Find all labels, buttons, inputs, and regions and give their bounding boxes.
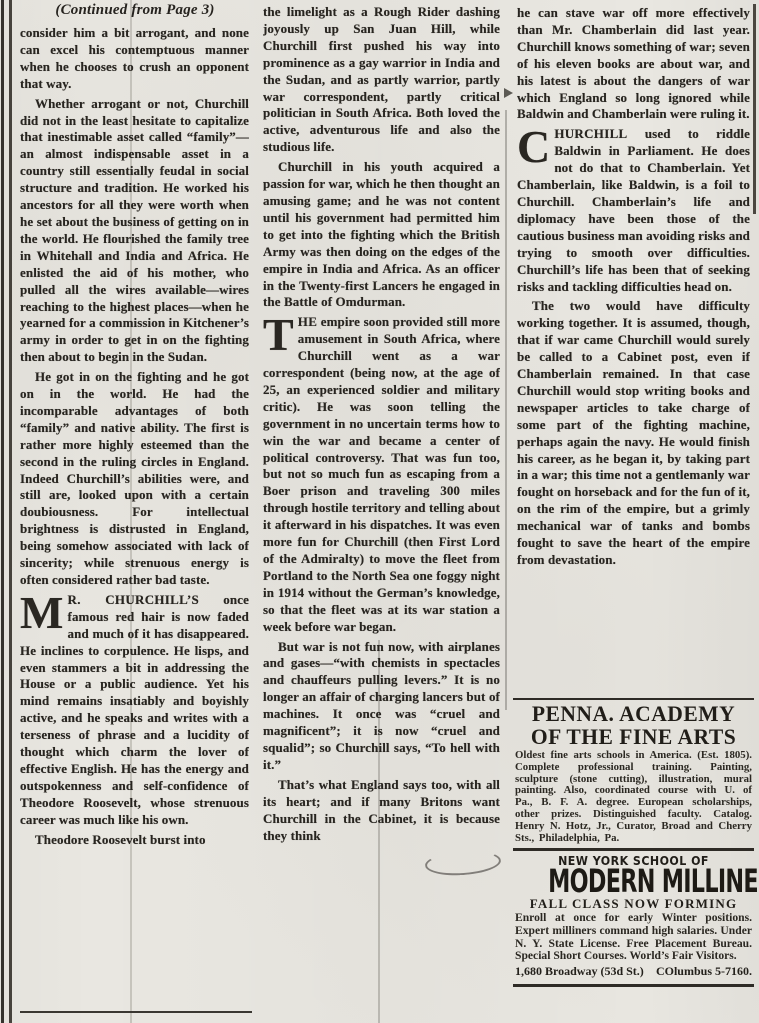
article-paragraph: He got in on the fighting and he got on … — [20, 369, 249, 589]
ad-display-title: MODERN MILLINERY — [548, 868, 719, 898]
article-column-2: the limelight as a Rough Rider dashing j… — [263, 4, 500, 1020]
article-column-1: consider him a bit arrogant, and none ca… — [20, 25, 249, 1010]
article-paragraph: CHURCHILL used to riddle Baldwin in Parl… — [517, 126, 750, 295]
continued-from-note: (Continued from Page 3) — [20, 2, 250, 19]
article-paragraph: The two would have difficulty working to… — [517, 298, 750, 569]
drop-cap: C — [517, 126, 554, 164]
print-artifact-arrow — [504, 88, 513, 98]
newspaper-page: (Continued from Page 3) consider him a b… — [0, 0, 759, 1023]
article-paragraph: he can stave war off more effectively th… — [517, 5, 750, 123]
ad-penna-academy: PENNA. ACADEMY OF THE FINE ARTS Oldest f… — [513, 700, 754, 848]
article-paragraph: Theodore Roosevelt burst into — [20, 832, 249, 849]
ad-title-line: PENNA. ACADEMY — [517, 702, 749, 725]
article-paragraph: THE empire soon provided still more amus… — [263, 314, 500, 635]
ad-body-text: Oldest fine arts schools in America. (Es… — [515, 750, 752, 844]
article-paragraph: But war is not fun now, with airplanes a… — [263, 639, 500, 774]
page-border-rule-inner — [9, 0, 12, 1023]
article-paragraph: consider him a bit arrogant, and none ca… — [20, 25, 249, 93]
paragraph-lead-caps: HURCHILL — [554, 126, 627, 141]
ad-title-line: OF THE FINE ARTS — [517, 725, 749, 748]
ad-address-line: 1,680 Broadway (53d St.) COlumbus 5-7160… — [515, 964, 752, 979]
drop-cap: M — [20, 592, 68, 630]
page-border-rule-outer — [1, 0, 4, 1023]
column-divider-rule — [505, 110, 507, 710]
ad-body-text: Enroll at once for early Winter position… — [515, 912, 752, 962]
page-border-rule-right — [753, 4, 756, 214]
ad-phone-number: COlumbus 5-7160. — [656, 964, 752, 979]
ad-street-address: 1,680 Broadway (53d St.) — [515, 964, 644, 979]
paragraph-lead-caps: R. CHURCHILL’S — [68, 592, 200, 607]
article-column-3: he can stave war off more effectively th… — [517, 5, 750, 695]
ad-bottom-rule — [513, 984, 754, 987]
article-paragraph: Churchill in his youth acquired a passio… — [263, 159, 500, 311]
drop-cap: T — [263, 314, 298, 352]
advertisement-stack: PENNA. ACADEMY OF THE FINE ARTS Oldest f… — [513, 698, 754, 987]
article-paragraph: the limelight as a Rough Rider dashing j… — [263, 4, 500, 156]
ad-modern-millinery: NEW YORK SCHOOL OF MODERN MILLINERY FALL… — [513, 851, 754, 983]
article-paragraph: Whether arrogant or not, Churchill did n… — [20, 96, 249, 367]
column-end-rule — [20, 1011, 252, 1013]
article-paragraph: MR. CHURCHILL’S once famous red hair is … — [20, 592, 249, 829]
article-paragraph: That’s what England says too, with all i… — [263, 777, 500, 845]
paragraph-lead-caps: HE — [298, 314, 317, 329]
